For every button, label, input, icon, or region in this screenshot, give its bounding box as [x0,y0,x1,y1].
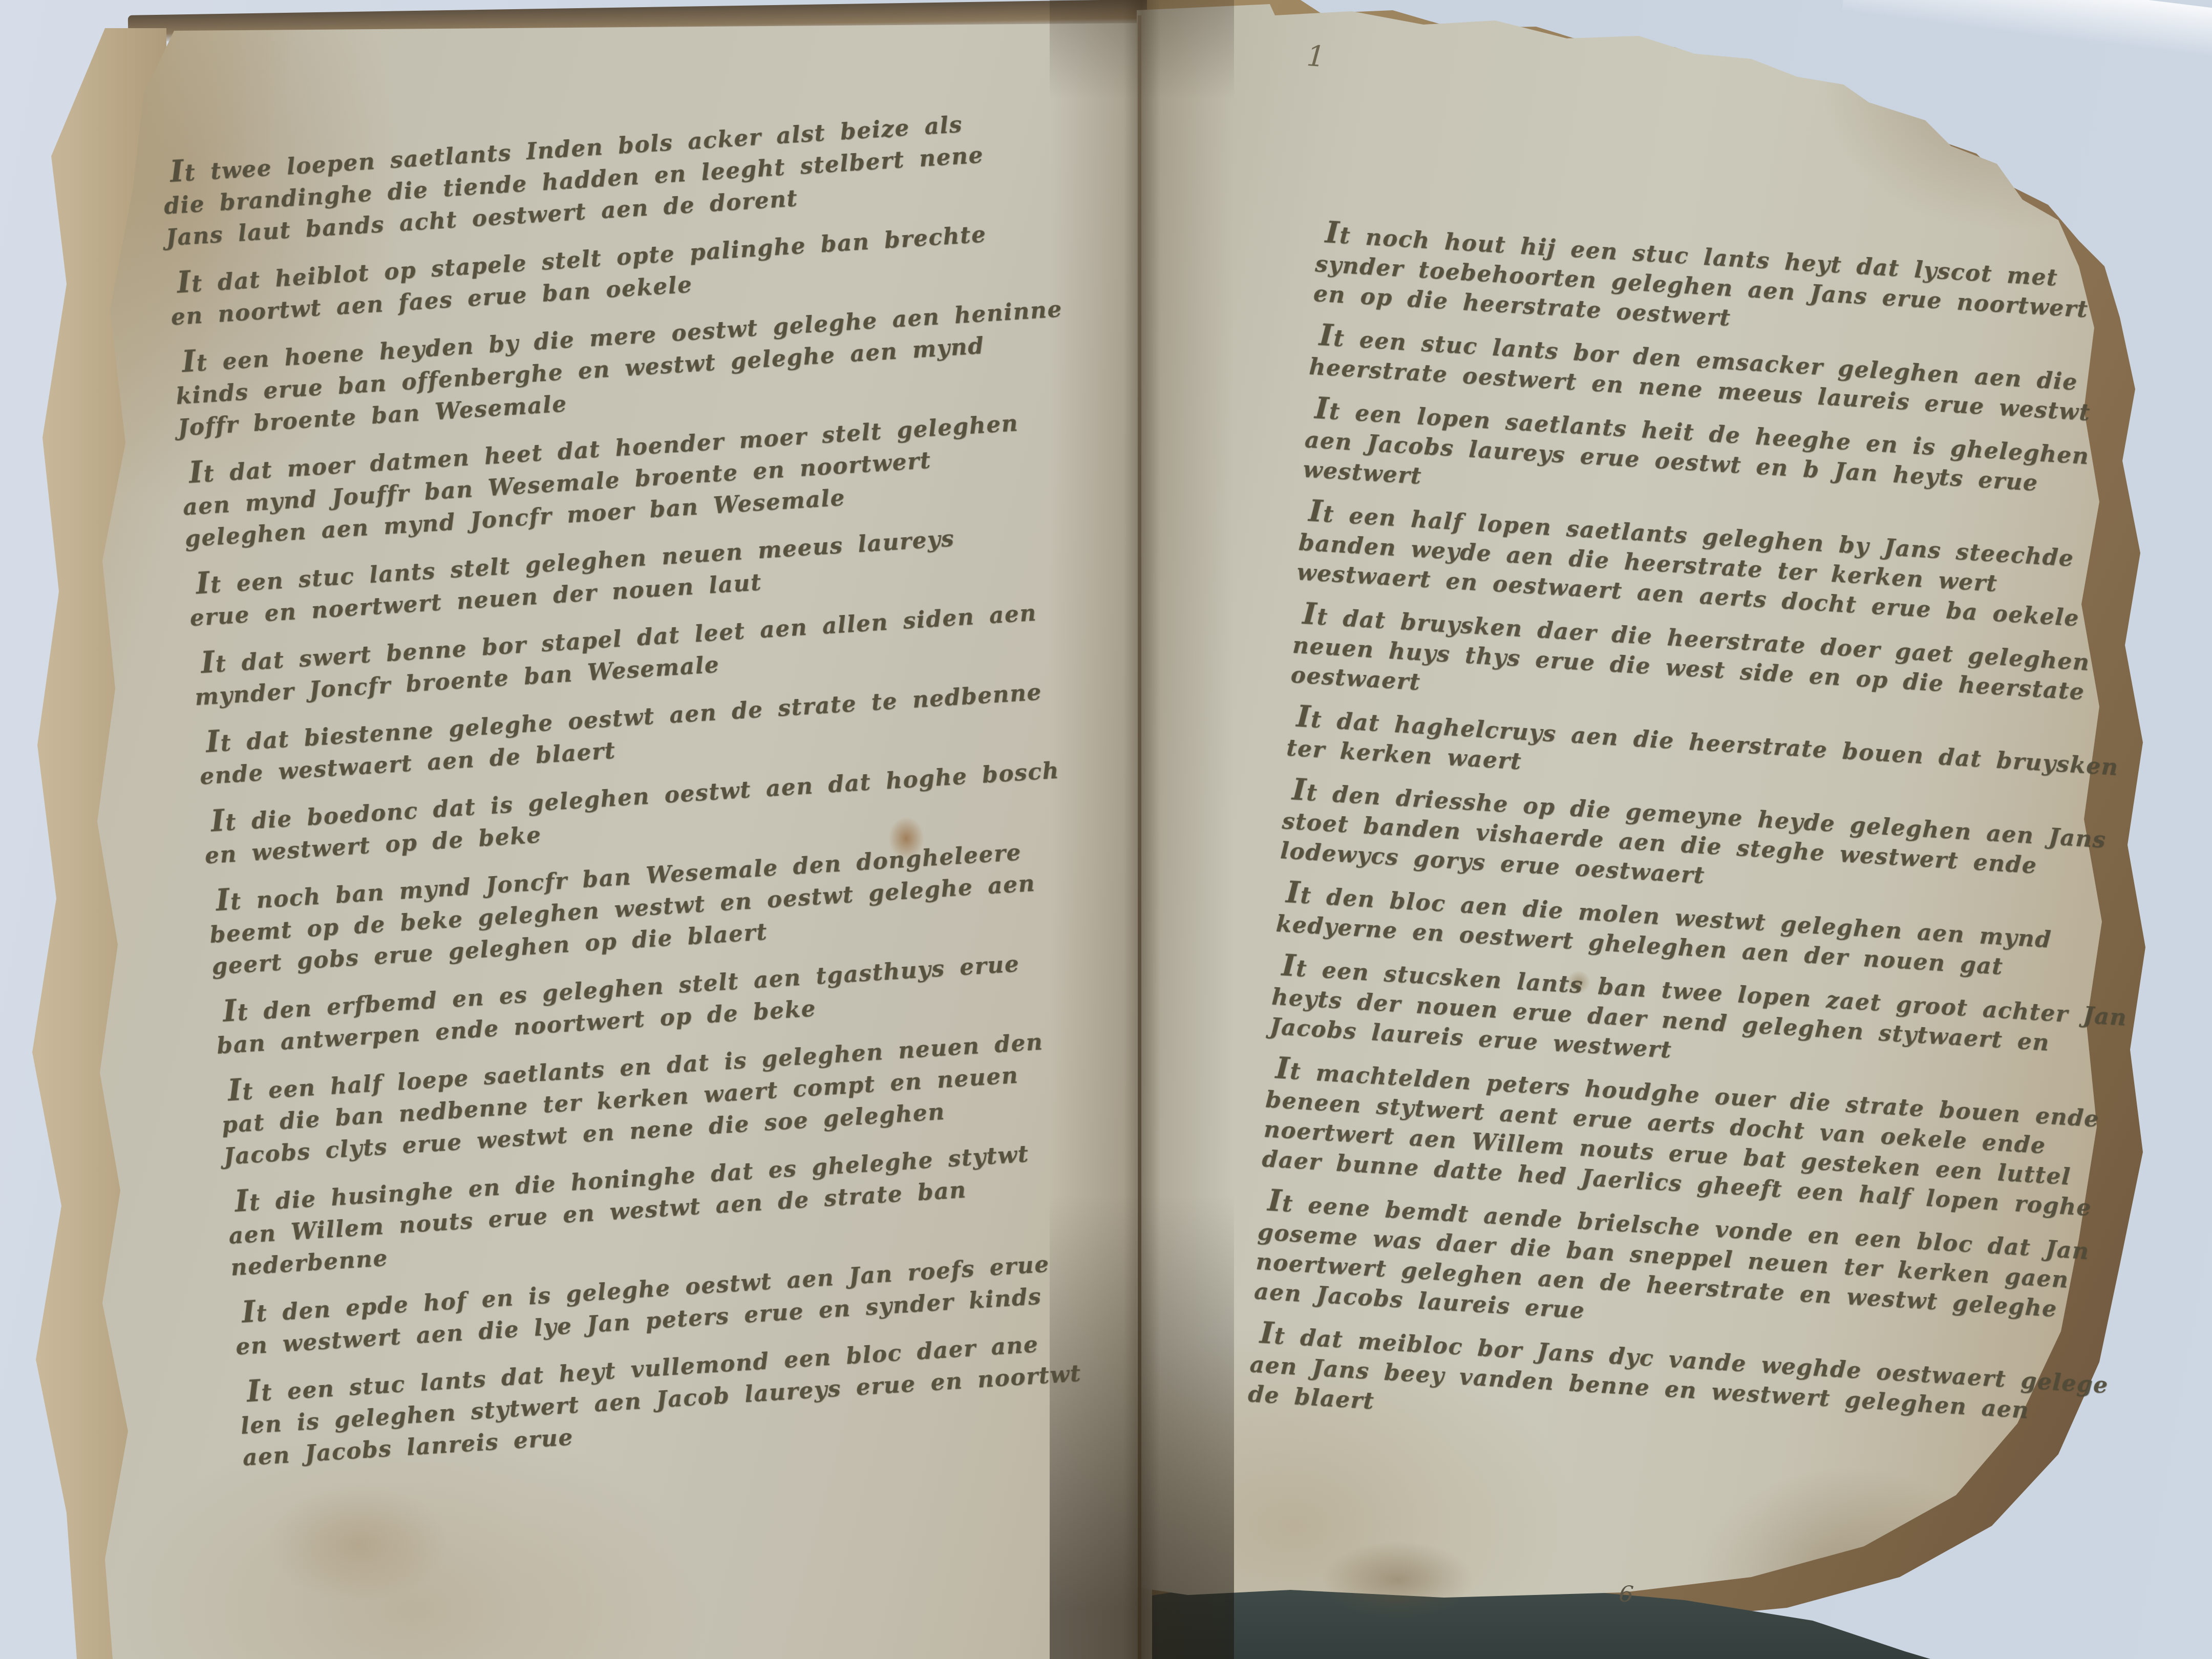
paper-stain [266,1485,451,1603]
quire-mark: 6 [1618,1581,1634,1608]
manuscript-photo: 1 It twee loepen saetlants Inden bols ac… [0,0,2212,1659]
folio-number: 1 [1306,39,1326,74]
left-page-text: It twee loepen saetlants Inden bols acke… [169,101,1133,1487]
paper-stain [1321,1541,1475,1618]
right-page-text: It noch hout hij een stuc lants heyt dat… [1254,218,2175,1471]
book-gutter-line [1138,15,1141,1659]
